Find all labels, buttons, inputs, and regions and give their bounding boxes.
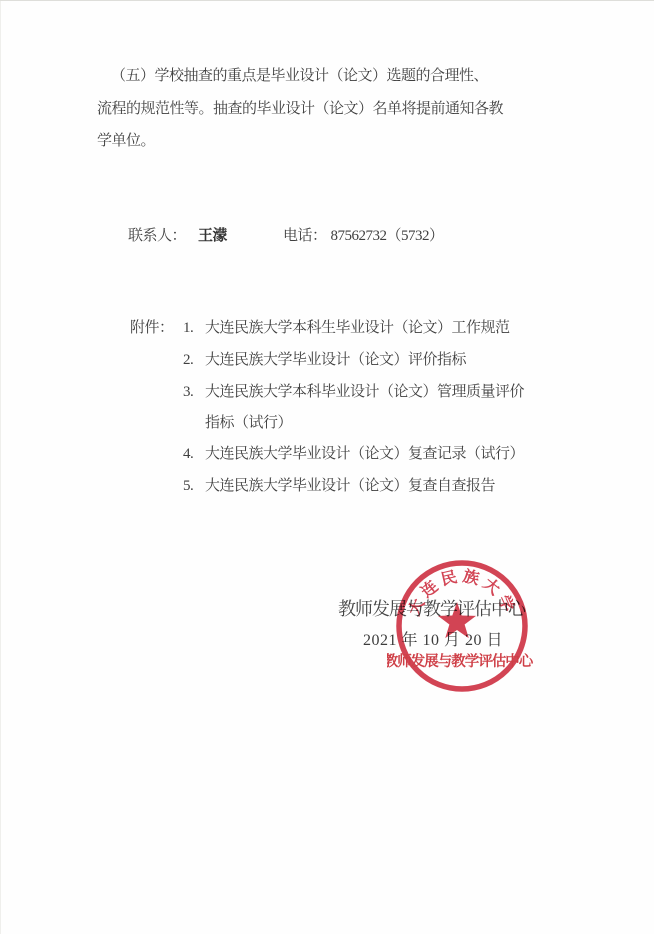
signature-org: 教师发展与教学评估中心 — [338, 595, 525, 621]
attachment-1-title: 大连民族大学本科生毕业设计（论文）工作规范 — [205, 320, 510, 336]
attachment-3-title: 大连民族大学本科毕业设计（论文）管理质量评价 — [205, 384, 524, 400]
attachment-item-2: 2.大连民族大学毕业设计（论文）评价指标 — [183, 350, 466, 371]
attachment-3-number: 3. — [183, 382, 205, 403]
attachment-item-3-wrap: 指标（试行） — [205, 413, 292, 434]
paragraph-line-1: （五）学校抽查的重点是毕业设计（论文）选题的合理性、 — [111, 66, 488, 87]
attachments-label: 附件： — [130, 318, 174, 339]
attachment-4-number: 4. — [183, 444, 205, 465]
attachment-4-title: 大连民族大学毕业设计（论文）复查记录（试行） — [205, 446, 524, 462]
contact-label: 联系人： — [128, 228, 186, 244]
official-seal: 大连民族大学 教师发展与教学评估中心 — [387, 551, 537, 701]
phone-number: 87562732（5732） — [331, 228, 444, 244]
attachment-5-title: 大连民族大学毕业设计（论文）复查自查报告 — [205, 478, 495, 494]
attachment-2-title: 大连民族大学毕业设计（论文）评价指标 — [205, 352, 466, 368]
attachment-5-number: 5. — [183, 476, 205, 497]
paragraph-line-2: 流程的规范性等。抽查的毕业设计（论文）名单将提前通知各教 — [97, 99, 503, 120]
attachment-2-number: 2. — [183, 350, 205, 371]
contact-person: 联系人：王濛 — [128, 226, 227, 247]
seal-ring — [399, 563, 525, 689]
paragraph-line-3: 学单位。 — [97, 131, 155, 152]
contact-name: 王濛 — [198, 228, 227, 244]
signature-date: 2021 年 10 月 20 日 — [363, 627, 503, 650]
seal-center-text: 教师发展与教学评估中心 — [387, 652, 534, 670]
document-page: （五）学校抽查的重点是毕业设计（论文）选题的合理性、 流程的规范性等。抽查的毕业… — [0, 0, 654, 934]
attachment-item-4: 4.大连民族大学毕业设计（论文）复查记录（试行） — [183, 444, 524, 465]
phone-label: 电话： — [283, 228, 327, 244]
attachment-item-1: 1.大连民族大学本科生毕业设计（论文）工作规范 — [183, 318, 510, 339]
attachment-item-5: 5.大连民族大学毕业设计（论文）复查自查报告 — [183, 476, 495, 497]
attachment-item-3: 3.大连民族大学本科毕业设计（论文）管理质量评价 — [183, 382, 524, 403]
attachment-1-number: 1. — [183, 318, 205, 339]
contact-phone: 电话：87562732（5732） — [283, 226, 444, 247]
